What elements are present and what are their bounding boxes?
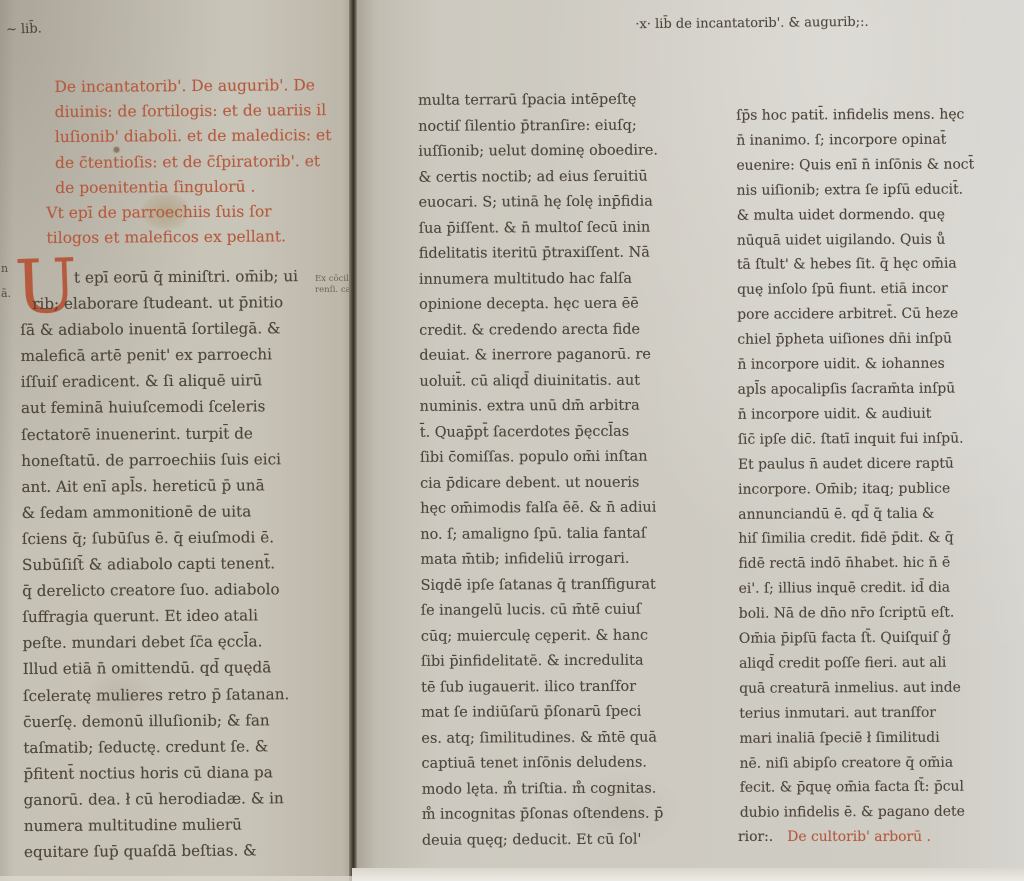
text-line: ſe inangelū lucis. cū m̄tē cuiuſ xyxy=(421,597,721,624)
text-line: ſciens q̄; ſubūſus ē. q̄ eiuſmodi ē. xyxy=(22,524,322,552)
text-line: noctiſ ſilentio p̄tranſire: eiuſq; xyxy=(418,113,718,140)
text-line: m̊ incognitas p̄ſonas oſtendens. p̄ xyxy=(422,801,722,828)
margin-mark: ā. xyxy=(1,287,11,300)
text-line: ſibi c̄omiſſas. populo om̄i inſtan xyxy=(420,444,720,471)
text-line: t epī eorū q̄ miniſtri. om̄ib; ui xyxy=(20,263,320,291)
text-line: c̄uerſę. demonū illuſionib; & fan xyxy=(23,707,323,735)
text-line: nē. niſi abipſo creatore q̄ om̄ia xyxy=(740,750,1024,776)
text-line: numinis. extra unū dm̄ arbitra xyxy=(420,393,720,420)
text-line: fidē rectā indō n̄habet. hic n̄ ē xyxy=(738,551,1023,577)
text-line: incorpore. Om̄ib; itaq; publice xyxy=(738,476,1023,502)
text-line: t̄. Quap̄pt̄ ſacerdotes p̄ęccl̄as xyxy=(420,419,720,446)
text-line: p̄fitent̄ noctius horis cū diana pa xyxy=(23,759,323,787)
text-line: opinione decepta. hęc uera ēē xyxy=(419,291,719,318)
text-line: terius inmutari. aut tranſfor xyxy=(739,700,1024,726)
text-line: annunciandū ē. qd̄ q̄ talia & xyxy=(738,501,1023,527)
text-line: cūq; muierculę cęperit. & hanc xyxy=(421,623,721,650)
recto-column-2-last-line: rior:.De cultorib' arborū . xyxy=(738,829,931,845)
text-line: pore accidere arbitret̄. Cū heze xyxy=(737,302,1022,328)
text-line: ſceleratę mulieres retro p̄ ſatanan. xyxy=(23,680,323,708)
text-line: tilogos et maleficos ex pellant. xyxy=(46,224,346,251)
text-line: rib; elaborare ſtudeant. ut p̄nitio xyxy=(20,289,320,317)
text-line: q̄ derelicto creatore ſuo. adiabolo xyxy=(22,576,322,604)
text-line: captiuā tenet inſōnis deludens. xyxy=(421,750,721,777)
text-line: n̄ inanimo. ſ; incorpore opinat̄ xyxy=(736,127,1021,153)
verso-text-column: t epī eorū q̄ miniſtri. om̄ib; uirib; el… xyxy=(20,263,324,865)
text-line: maleficā artē penit' ex parroechi xyxy=(20,341,320,369)
text-line: credit. & credendo arecta fide xyxy=(419,317,719,344)
recto-running-title: ·x· lib̄ de incantatorib'. & augurib;:. xyxy=(602,14,902,32)
text-line: de c̄tentioſis: et de c̄ſpiratorib'. et xyxy=(46,149,346,176)
text-line: ſic̄ ipſe dic̄. ſtatī inquit fui inſpū. xyxy=(738,426,1023,452)
text-line: taſmatib; ſeductę. credunt ſe. & xyxy=(23,733,323,761)
text-line: deuiat. & inerrore paganorū. re xyxy=(419,342,719,369)
text-line: peſte. mundari debet ſc̄a ęccl̄a. xyxy=(22,628,322,656)
recto-text-column-1: multa terrarū ſpacia intēpeſtęnoctiſ ſil… xyxy=(418,87,722,854)
text-line: iſſuiſ eradicent. & ſi aliquē uirū xyxy=(21,367,321,395)
last-line-black-text: rior:. xyxy=(738,829,773,845)
next-chapter-rubric: De cultorib' arborū . xyxy=(787,829,931,845)
text-line: dubio infidelis ē. & pagano dete xyxy=(740,800,1024,826)
text-line: deuia quęq; deducit. Et cū ſol' xyxy=(422,827,722,854)
text-line: equitare ſup̄ quaſdā beſtias. & xyxy=(24,837,324,865)
text-line: ſuffragia querunt. Et ideo atali xyxy=(22,602,322,630)
right-page-recto: ·x· lib̄ de incantatorib'. & augurib;:. … xyxy=(357,0,1024,881)
text-line: Illud etiā n̄ omittendū. qd̄ quędā xyxy=(23,654,323,682)
text-line: apl̄s apocalipſis ſacram̄ta inſpū xyxy=(738,376,1023,402)
text-line: uoluit̄. cū aliqd̄ diuinitatis. aut xyxy=(419,368,719,395)
text-line: quā creaturā inmelius. aut inde xyxy=(739,675,1024,701)
text-line: cia p̄dicare debent. ut noueris xyxy=(420,470,720,497)
text-line: iuſſionib; uelut dominę oboedire. xyxy=(418,138,718,165)
text-line: modo lęta. m̊ triſtia. m̊ cognitas. xyxy=(422,776,722,803)
text-line: chiel p̄pheta uiſiones dn̄i inſpū xyxy=(737,326,1022,352)
text-line: & certis noctib; ad eius ſeruitiū xyxy=(418,164,718,191)
text-line: diuinis: de ſortilogis: et de uariis il xyxy=(46,98,346,125)
text-line: euenire: Quis enī n̄ inſōnis & noct̄ xyxy=(736,152,1021,178)
text-line: de poenitentia ſingulorū . xyxy=(46,174,346,201)
text-line: quę inſolo ſpū fiunt. etiā incor xyxy=(737,277,1022,303)
text-line: aut feminā huiuſcemodi ſceleris xyxy=(21,393,321,421)
text-line: De incantatorib'. De augurib'. De xyxy=(45,73,345,100)
text-line: ſectatorē inuenerint. turpit̄ de xyxy=(21,420,321,448)
text-line: mata m̄tib; infideliū irrogari. xyxy=(420,546,720,573)
text-line: ſp̄s hoc patit̄. infidelis mens. hęc xyxy=(736,102,1021,128)
text-line: Om̄ia p̄ipſū facta ſt̄. Quiſquiſ g̊ xyxy=(739,625,1024,651)
text-line: ant. Ait enī apl̄s. hereticū p̄ unā xyxy=(21,472,321,500)
recto-text-column-2: ſp̄s hoc patit̄. infidelis mens. hęcn̄ i… xyxy=(736,102,1024,826)
margin-mark: n xyxy=(1,262,8,275)
text-line: hiſ ſimilia credit. fidē p̄dit. & q̄ xyxy=(738,526,1023,552)
text-line: es. atq; ſimilitudines. & m̄tē quā xyxy=(421,725,721,752)
text-line: no. ſ; amaligno ſpū. talia fantaſ xyxy=(420,521,720,548)
photo-bottom-edge xyxy=(352,868,1024,881)
text-line: & ſedam ammonitionē de uita xyxy=(22,498,322,526)
text-line: nis uiſionib; extra ſe ipſū educit̄. xyxy=(737,177,1022,203)
manuscript-opening-photo: ~ lib̄. De incantatorib'. De augurib'. D… xyxy=(0,0,1024,881)
left-page-verso: ~ lib̄. De incantatorib'. De augurib'. D… xyxy=(0,0,353,881)
text-line: n̄ incorpore uidit. & iohannes xyxy=(737,351,1022,377)
text-line: n̄ incorpore uidit. & audiuit xyxy=(738,401,1023,427)
text-line: numera multitudine mulierū xyxy=(24,811,324,839)
text-line: hęc om̄imodis falſa ēē. & n̄ adiui xyxy=(420,495,720,522)
text-line: ei'. ſ; illius inquē credit. id̄ dia xyxy=(739,575,1024,601)
text-line: ſā & adiabolo inuentā ſortilegā. & xyxy=(20,315,320,343)
text-line: ſibi p̄infidelitatē. & incredulita xyxy=(421,648,721,675)
text-line: aliqd̄ credit poſſe fieri. aut ali xyxy=(739,650,1024,676)
text-line: fidelitatis iteritū p̄traxiſſent. Nā xyxy=(419,240,719,267)
text-line: nūquā uidet uigilando. Quis ů xyxy=(737,227,1022,253)
text-line: ſua p̄iſſent. & n̄ multoſ ſecū inin xyxy=(419,215,719,242)
text-line: euocari. S; utinā hę ſolę inp̄fidia xyxy=(419,189,719,216)
text-line: honeſtatū. de parroechiis ſuis eici xyxy=(21,446,321,474)
chapter-rubric-red: De incantatorib'. De augurib'. Dediuinis… xyxy=(45,73,346,252)
text-line: boli. Nā de dn̄o nr̄o ſcriptū eſt. xyxy=(739,600,1024,626)
text-line: tā ſtult' & hebes ſit. q̄ hęc om̄ia xyxy=(737,252,1022,278)
text-line: mari inaliā ſpeciē ł ſimilitudi xyxy=(739,725,1024,751)
text-line: innumera multitudo hac falſa xyxy=(419,266,719,293)
text-line: Et paulus n̄ audet dicere raptū xyxy=(738,451,1023,477)
text-line: tē ſub iugauerit. ilico tranſfor xyxy=(421,674,721,701)
text-line: mat ſe indiūſarū p̄ſonarū ſpeci xyxy=(421,699,721,726)
text-line: Siqdē ipſe ſatanas q̄ tranſfigurat xyxy=(421,572,721,599)
text-line: fecit. & p̄quę om̄ia facta ſt̄: p̄cul xyxy=(740,775,1024,801)
text-line: Subūſiſt̄ & adiabolo capti tenent̄. xyxy=(22,550,322,578)
text-line: luſionib' diaboli. et de maledicis: et xyxy=(46,123,346,150)
text-line: Vt epī de parroechiis ſuis ſor xyxy=(46,199,346,226)
photo-bottom-edge-left xyxy=(0,876,352,881)
text-line: multa terrarū ſpacia intēpeſtę xyxy=(418,87,718,114)
text-line: ganorū. dea. ł cū herodiadæ. & in xyxy=(24,785,324,813)
text-line: & multa uidet dormendo. quę xyxy=(737,202,1022,228)
verso-running-title-fragment: ~ lib̄. xyxy=(6,21,42,37)
